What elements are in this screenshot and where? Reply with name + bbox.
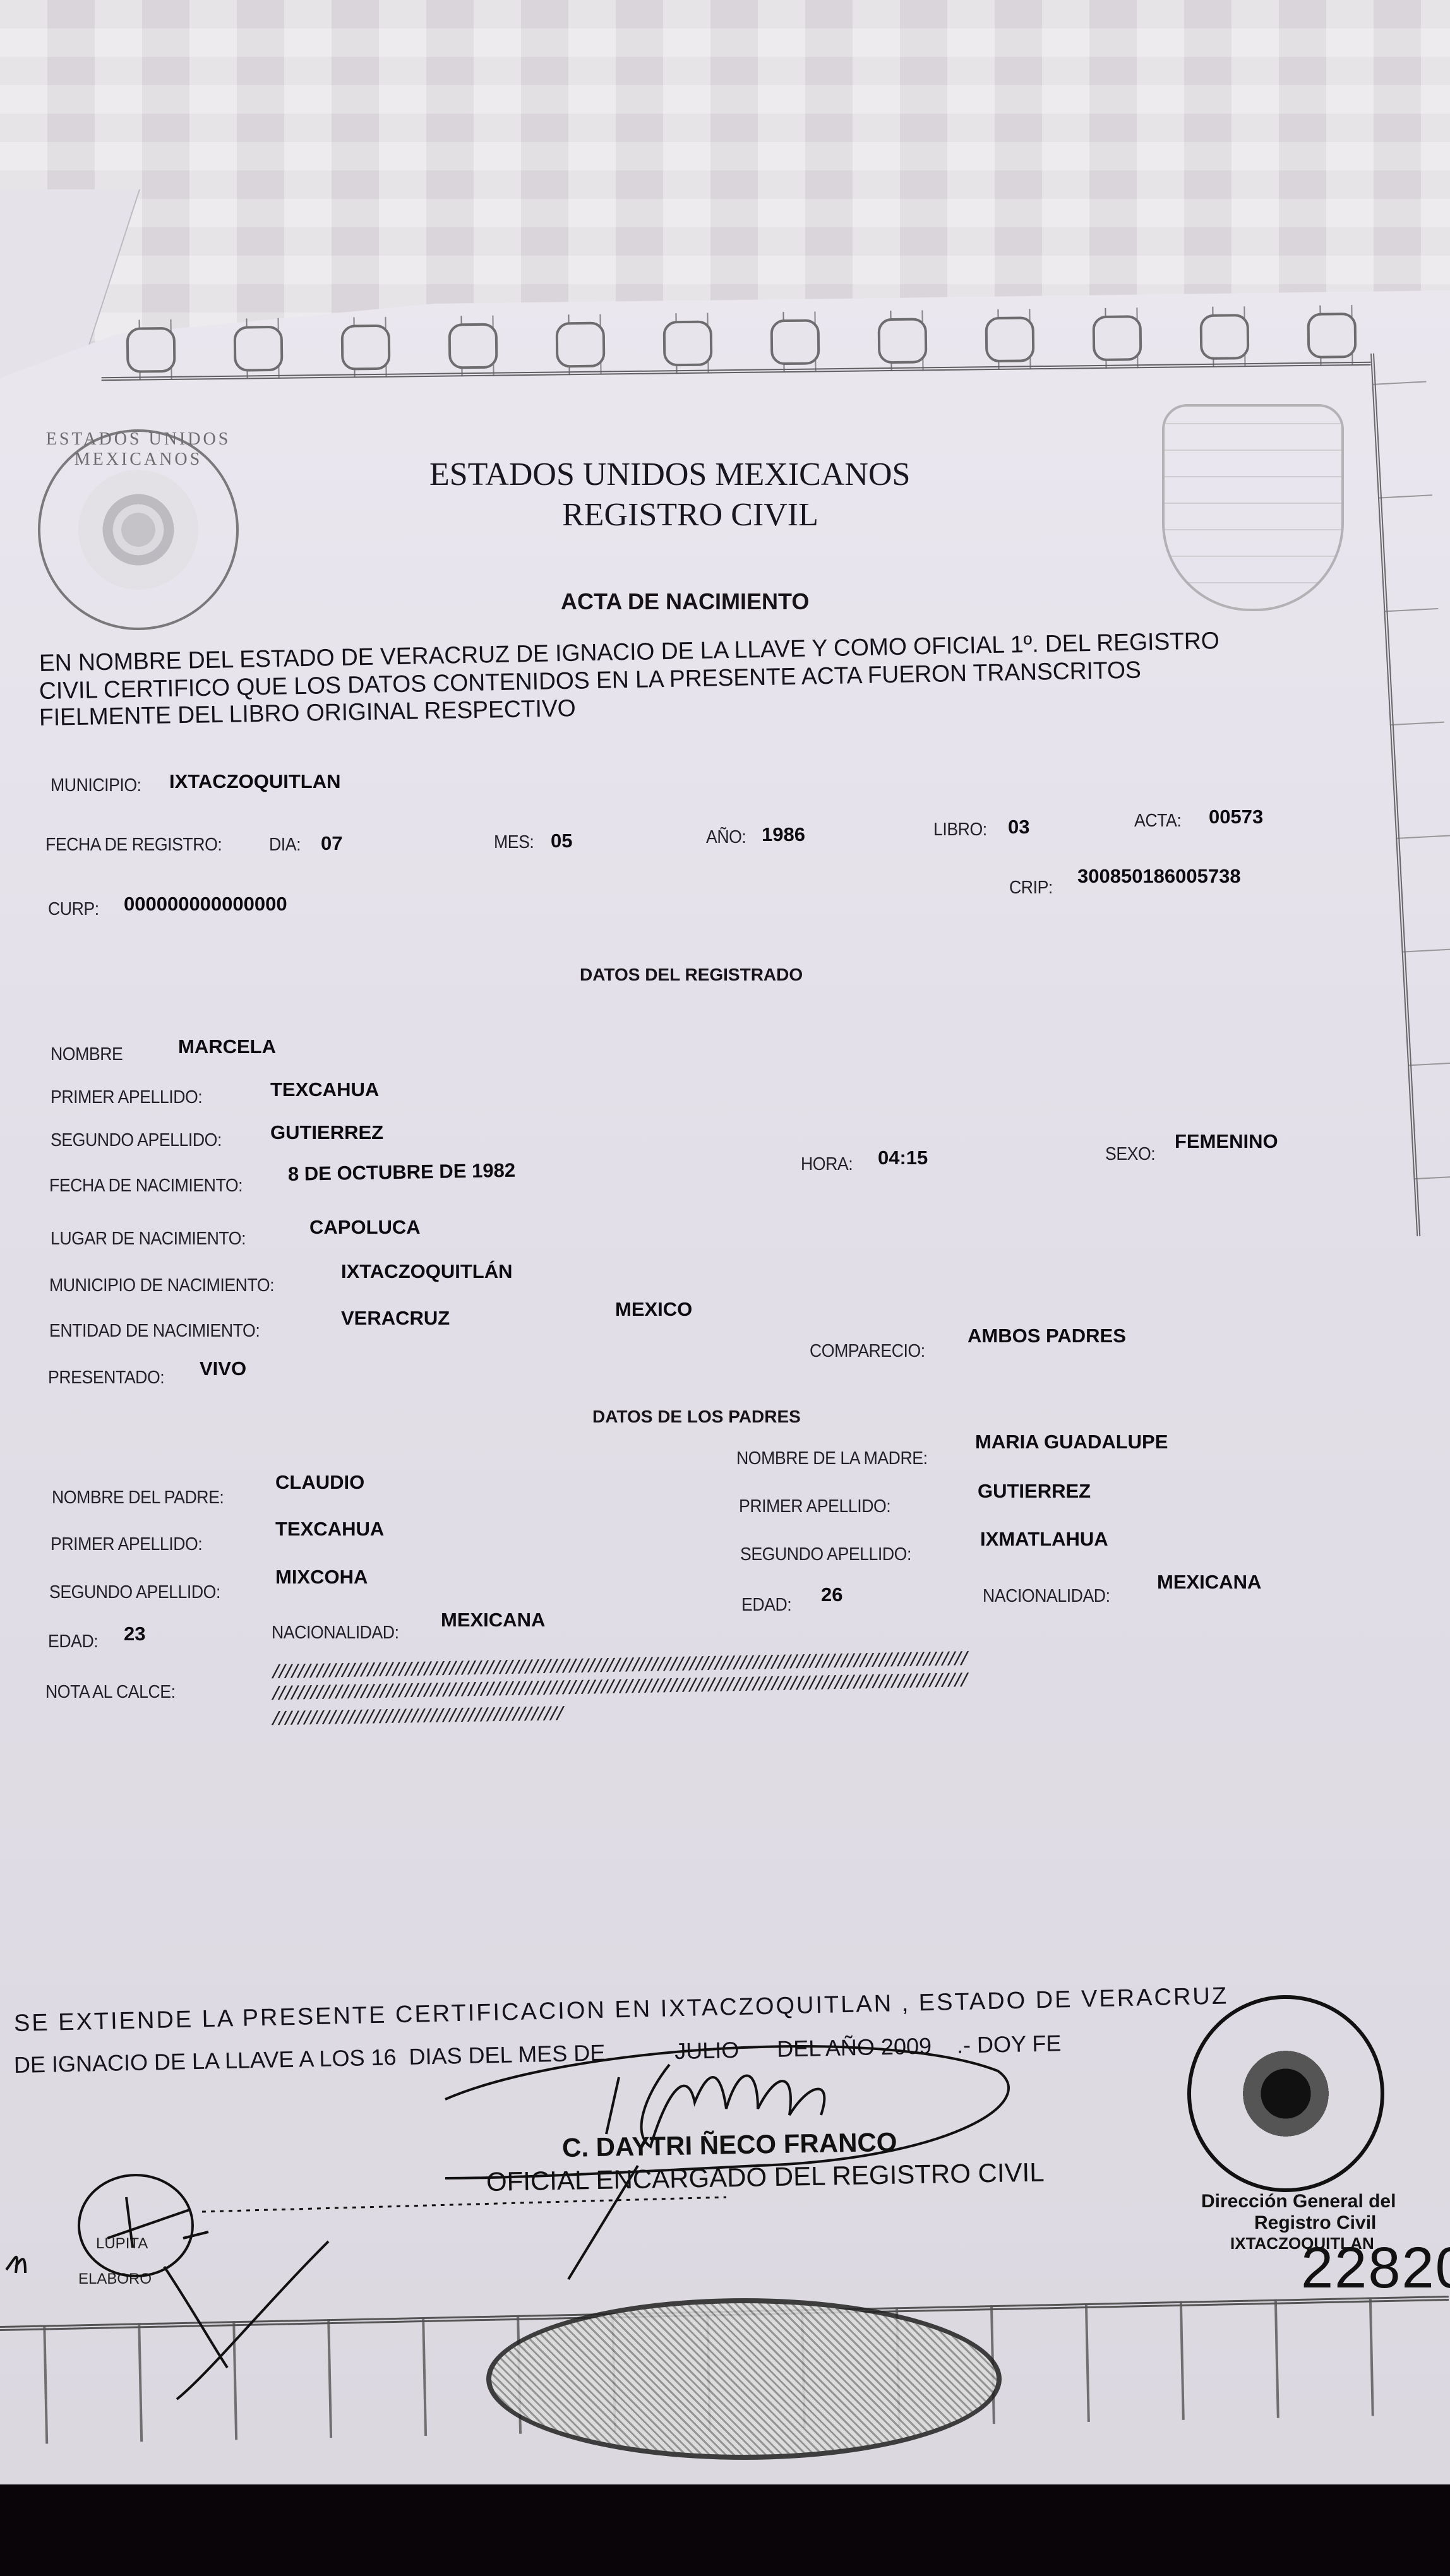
scroll-ornament-icon (663, 320, 713, 366)
anio-label: AÑO: (706, 827, 746, 848)
seal-arc-text: ESTADOS UNIDOS MEXICANOS (40, 429, 236, 470)
certification-year-label: DEL AÑO (777, 2034, 875, 2061)
official-stamp-icon (1187, 1995, 1384, 2192)
madre-edad-value: 26 (821, 1583, 842, 1606)
crip-label: CRIP: (1009, 878, 1053, 898)
acta-label: ACTA: (1134, 811, 1181, 832)
madre-primer-apellido-label: PRIMER APELLIDO: (739, 1496, 890, 1517)
nombre-value: MARCELA (178, 1035, 276, 1058)
lugar-nacimiento-value: CAPOLUCA (309, 1216, 421, 1239)
madre-primer-apellido-value: GUTIERREZ (978, 1480, 1091, 1503)
libro-value: 03 (1008, 816, 1029, 838)
mexican-coat-of-arms-icon: ESTADOS UNIDOS MEXICANOS (38, 429, 239, 630)
madre-segundo-apellido-value: IXMATLAHUA (980, 1528, 1108, 1551)
scroll-ornament-icon (1093, 315, 1142, 361)
country-heading: ESTADOS UNIDOS MEXICANOS (429, 456, 910, 493)
stamp-line-1: Dirección General del (1201, 2191, 1396, 2212)
pais-nacimiento-value: MEXICO (615, 1298, 692, 1321)
scroll-ornament-icon (770, 319, 820, 365)
folio-number: 22820 (1301, 2235, 1450, 2301)
scroll-ornament-icon (341, 325, 391, 371)
segundo-apellido-label: SEGUNDO APELLIDO: (51, 1130, 222, 1151)
presentado-label: PRESENTADO: (48, 1368, 164, 1388)
certification-year: 2009 (880, 2033, 932, 2060)
padre-segundo-apellido-value: MIXCOHA (275, 1566, 368, 1589)
scroll-ornament-icon (556, 322, 606, 368)
doy-fe: .- DOY FE (957, 2030, 1062, 2058)
presentado-value: VIVO (200, 1357, 246, 1380)
nombre-madre-value: MARIA GUADALUPE (975, 1431, 1168, 1453)
padre-nacionalidad-value: MEXICANA (441, 1609, 545, 1631)
nombre-madre-label: NOMBRE DE LA MADRE: (736, 1448, 928, 1469)
scroll-ornament-icon (126, 327, 176, 373)
fecha-registro-label: FECHA DE REGISTRO: (45, 835, 222, 856)
scroll-ornament-icon (234, 326, 284, 372)
scroll-ornament-icon (878, 318, 928, 364)
document-title: ACTA DE NACIMIENTO (561, 588, 809, 615)
comparecio-label: COMPARECIO: (810, 1341, 925, 1362)
registrado-section-title: DATOS DEL REGISTRADO (580, 965, 803, 985)
anio-value: 1986 (762, 823, 805, 846)
municipio-nacimiento-label: MUNICIPIO DE NACIMIENTO: (49, 1275, 274, 1296)
sexo-value: FEMENINO (1175, 1130, 1278, 1153)
elaboro-label: ELABORO (78, 2270, 152, 2288)
certification-days-of-month: DIAS DEL MES DE (409, 2039, 606, 2069)
primer-apellido-label: PRIMER APELLIDO: (51, 1087, 202, 1108)
entidad-nacimiento-label: ENTIDAD DE NACIMIENTO: (49, 1321, 260, 1342)
bottom-guilloche-medallion (486, 2298, 1002, 2460)
padre-primer-apellido-value: TEXCAHUA (275, 1518, 384, 1541)
madre-segundo-apellido-label: SEGUNDO APELLIDO: (740, 1544, 911, 1565)
acta-value: 00573 (1209, 806, 1263, 828)
comparecio-value: AMBOS PADRES (968, 1325, 1126, 1347)
madre-nacionalidad-value: MEXICANA (1157, 1571, 1261, 1594)
eagle-emblem-icon (78, 470, 198, 590)
municipio-label: MUNICIPIO: (51, 775, 141, 796)
stamp-line-2: Registro Civil (1254, 2212, 1376, 2234)
padres-section-title: DATOS DE LOS PADRES (592, 1407, 801, 1427)
crip-value: 300850186005738 (1077, 865, 1241, 888)
lugar-nacimiento-label: LUGAR DE NACIMIENTO: (51, 1229, 246, 1249)
municipio-nacimiento-value: IXTACZOQUITLÁN (341, 1260, 513, 1283)
dia-value: 07 (321, 832, 342, 855)
fecha-nacimiento-label: FECHA DE NACIMIENTO: (49, 1176, 243, 1196)
veracruz-shield-icon (1162, 404, 1344, 611)
padre-edad-label: EDAD: (48, 1631, 98, 1652)
certification-day: 16 (371, 2044, 397, 2070)
padre-segundo-apellido-label: SEGUNDO APELLIDO: (49, 1582, 220, 1603)
hora-value: 04:15 (878, 1147, 928, 1169)
mes-value: 05 (551, 830, 572, 852)
nota-al-calce-label: NOTA AL CALCE: (45, 1682, 176, 1703)
primer-apellido-value: TEXCAHUA (270, 1078, 379, 1101)
dia-label: DIA: (269, 835, 301, 856)
office-heading: REGISTRO CIVIL (562, 496, 818, 534)
scroll-ornament-icon (985, 316, 1035, 362)
libro-label: LIBRO: (933, 820, 987, 840)
elaboro-name: LUPITA (96, 2235, 148, 2253)
scroll-ornament-icon (1307, 313, 1357, 359)
certification-month: JULIO (674, 2037, 740, 2064)
curp-value: 000000000000000 (124, 893, 287, 915)
nombre-label: NOMBRE (51, 1044, 123, 1065)
scroll-ornament-icon (1200, 314, 1250, 360)
entidad-nacimiento-value: VERACRUZ (341, 1307, 450, 1330)
fecha-nacimiento-value: 8 DE OCTUBRE DE 1982 (288, 1159, 516, 1186)
hora-label: HORA: (801, 1154, 853, 1175)
scroll-ornament-icon (448, 323, 498, 369)
stamp-eagle-icon (1235, 2043, 1336, 2144)
mes-label: MES: (494, 832, 534, 853)
padre-primer-apellido-label: PRIMER APELLIDO: (51, 1534, 202, 1555)
curp-label: CURP: (48, 899, 99, 920)
nombre-padre-value: CLAUDIO (275, 1471, 364, 1494)
nombre-padre-label: NOMBRE DEL PADRE: (52, 1488, 224, 1508)
madre-edad-label: EDAD: (741, 1595, 791, 1616)
officer-name: C. DAYTRI ÑECO FRANCO (562, 2127, 897, 2163)
municipio-value: IXTACZOQUITLAN (169, 770, 341, 793)
padre-edad-value: 23 (124, 1623, 145, 1645)
sexo-label: SEXO: (1105, 1144, 1155, 1165)
padre-nacionalidad-label: NACIONALIDAD: (272, 1623, 399, 1643)
madre-nacionalidad-label: NACIONALIDAD: (983, 1586, 1110, 1607)
segundo-apellido-value: GUTIERREZ (270, 1121, 383, 1144)
